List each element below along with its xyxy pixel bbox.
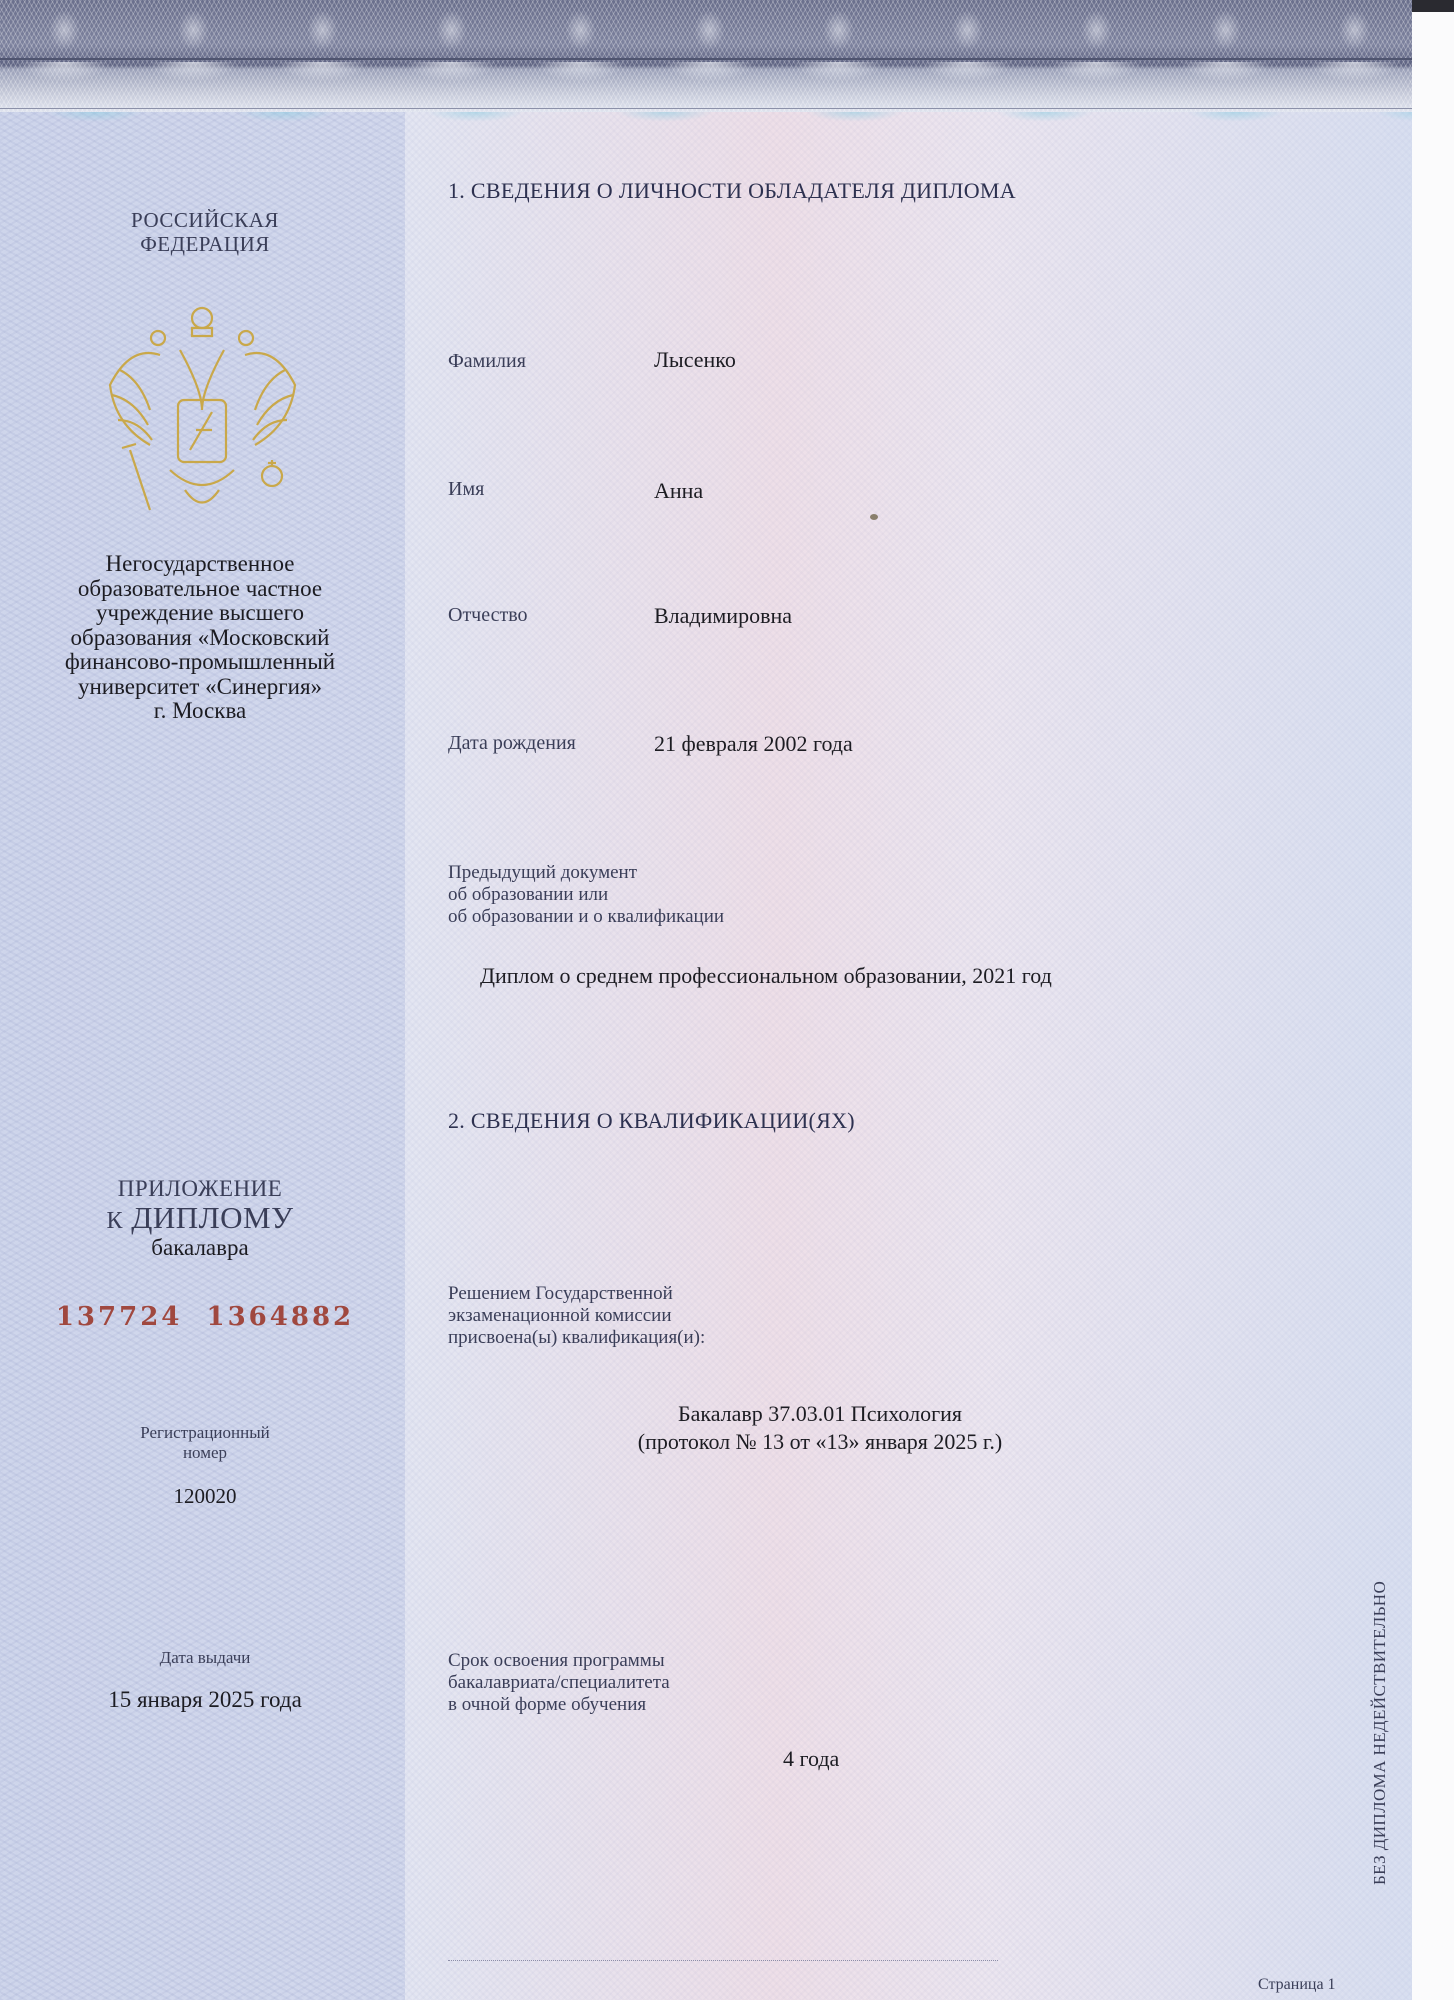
scan-margin (1412, 0, 1454, 2000)
study-duration-label: Срок освоения программы бакалавриата/спе… (448, 1650, 670, 1716)
qualification-value: Бакалавр 37.03.01 Психология (560, 1400, 1080, 1428)
birth-date-label: Дата рождения (448, 732, 576, 755)
registration-number: 120020 (100, 1484, 310, 1509)
first-name-value: Анна (654, 478, 703, 504)
russian-coat-of-arms-icon (100, 300, 305, 530)
qualification-block: Бакалавр 37.03.01 Психология (протокол №… (560, 1400, 1080, 1456)
birth-date-value: 21 февраля 2002 года (654, 731, 853, 757)
validity-note: БЕЗ ДИПЛОМА НЕДЕЙСТВИТЕЛЬНО (1370, 1581, 1390, 1885)
page-number: Страница 1 (1258, 1976, 1336, 1994)
decorative-wave (0, 112, 1412, 130)
signature-line (448, 1960, 998, 1961)
previous-document-value: Диплом о среднем профессиональном образо… (480, 963, 1052, 989)
serial-number: 137724 1364882 (40, 1302, 370, 1332)
previous-document-label: Предыдущий документ об образовании или о… (448, 862, 724, 928)
issuing-organization: Негосударственное образовательное частно… (40, 552, 360, 724)
country-name: РОССИЙСКАЯ ФЕДЕРАЦИЯ (90, 208, 320, 256)
section1-heading: 1. СВЕДЕНИЯ О ЛИЧНОСТИ ОБЛАДАТЕЛЯ ДИПЛОМ… (448, 178, 1016, 204)
document-title: ПРИЛОЖЕНИЕ К ДИПЛОМУ бакалавра (80, 1176, 320, 1259)
patronymic-value: Владимировна (654, 603, 792, 629)
surname-value: Лысенко (654, 347, 736, 373)
guilloche-security-band (0, 0, 1412, 112)
registration-number-label: Регистрационный номер (100, 1423, 310, 1463)
commission-decision-label: Решением Государственной экзаменационной… (448, 1283, 705, 1349)
study-duration-value: 4 года (783, 1746, 839, 1772)
protocol-value: (протокол № 13 от «13» января 2025 г.) (560, 1428, 1080, 1456)
paper-speck (870, 514, 878, 520)
surname-label: Фамилия (448, 350, 526, 373)
section2-heading: 2. СВЕДЕНИЯ О КВАЛИФИКАЦИИ(ЯХ) (448, 1108, 855, 1134)
first-name-label: Имя (448, 478, 484, 501)
issue-date-label: Дата выдачи (100, 1648, 310, 1668)
issue-date: 15 января 2025 года (60, 1687, 350, 1713)
patronymic-label: Отчество (448, 604, 528, 627)
